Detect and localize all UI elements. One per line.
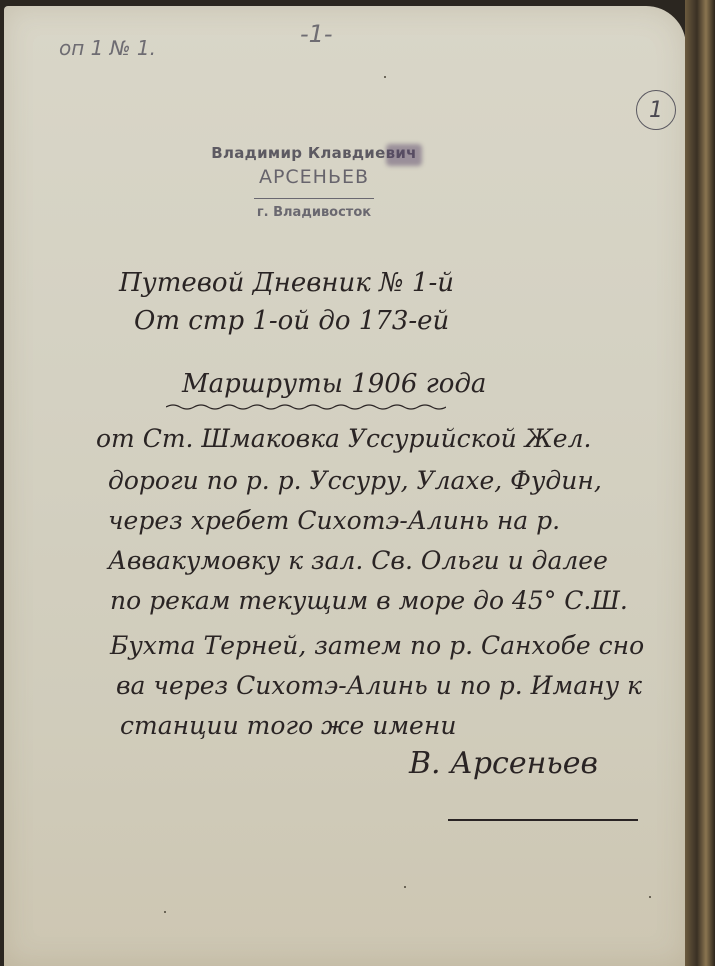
- paper-speck: [384, 76, 386, 78]
- folio-number: 1: [649, 98, 663, 123]
- heading: Маршруты 1906 года: [182, 369, 486, 399]
- archive-reference: оп 1 № 1.: [59, 36, 156, 60]
- paper-speck: [649, 896, 651, 898]
- title-line-2: От стр 1-ой до 173-ей: [134, 306, 449, 336]
- title-line-1: Путевой Дневник № 1-й: [119, 268, 454, 298]
- body-line: по рекам текущим в море до 45° С.Ш.: [110, 586, 628, 615]
- stamp-smudge: [386, 144, 422, 166]
- body-line: через хребет Сихотэ-Алинь на р.: [108, 506, 560, 535]
- body-line: от Ст. Шмаковка Уссурийской Жел.: [96, 424, 591, 453]
- page-number-top: -1-: [300, 20, 333, 48]
- folio-number-circle: 1: [636, 90, 676, 130]
- signature: В. Арсеньев: [409, 746, 598, 781]
- body-line: дороги по р. р. Уссуру, Улахе, Фудин,: [108, 466, 602, 495]
- signature-underline: [448, 819, 638, 821]
- owner-stamp: Владимир Клавдиевич АРСЕНЬЕВ г. Владивос…: [204, 144, 424, 220]
- body-line: Аввакумовку к зал. Св. Ольги и далее: [108, 546, 608, 575]
- book-page-edges: [685, 0, 715, 966]
- manuscript-page: оп 1 № 1. -1- 1 Владимир Клавдиевич АРСЕ…: [4, 6, 686, 966]
- body-line: Бухта Терней, затем по р. Санхобе сно: [110, 631, 644, 660]
- body-line: ва через Сихотэ-Алинь и по р. Иману к: [116, 671, 642, 700]
- stamp-surname: АРСЕНЬЕВ: [204, 166, 424, 188]
- stamp-city: г. Владивосток: [204, 205, 424, 220]
- stamp-divider: [254, 198, 374, 199]
- paper-speck: [404, 886, 406, 888]
- heading-wavy-underline: [166, 403, 446, 411]
- paper-speck: [164, 911, 166, 913]
- body-line: станции того же имени: [120, 711, 456, 740]
